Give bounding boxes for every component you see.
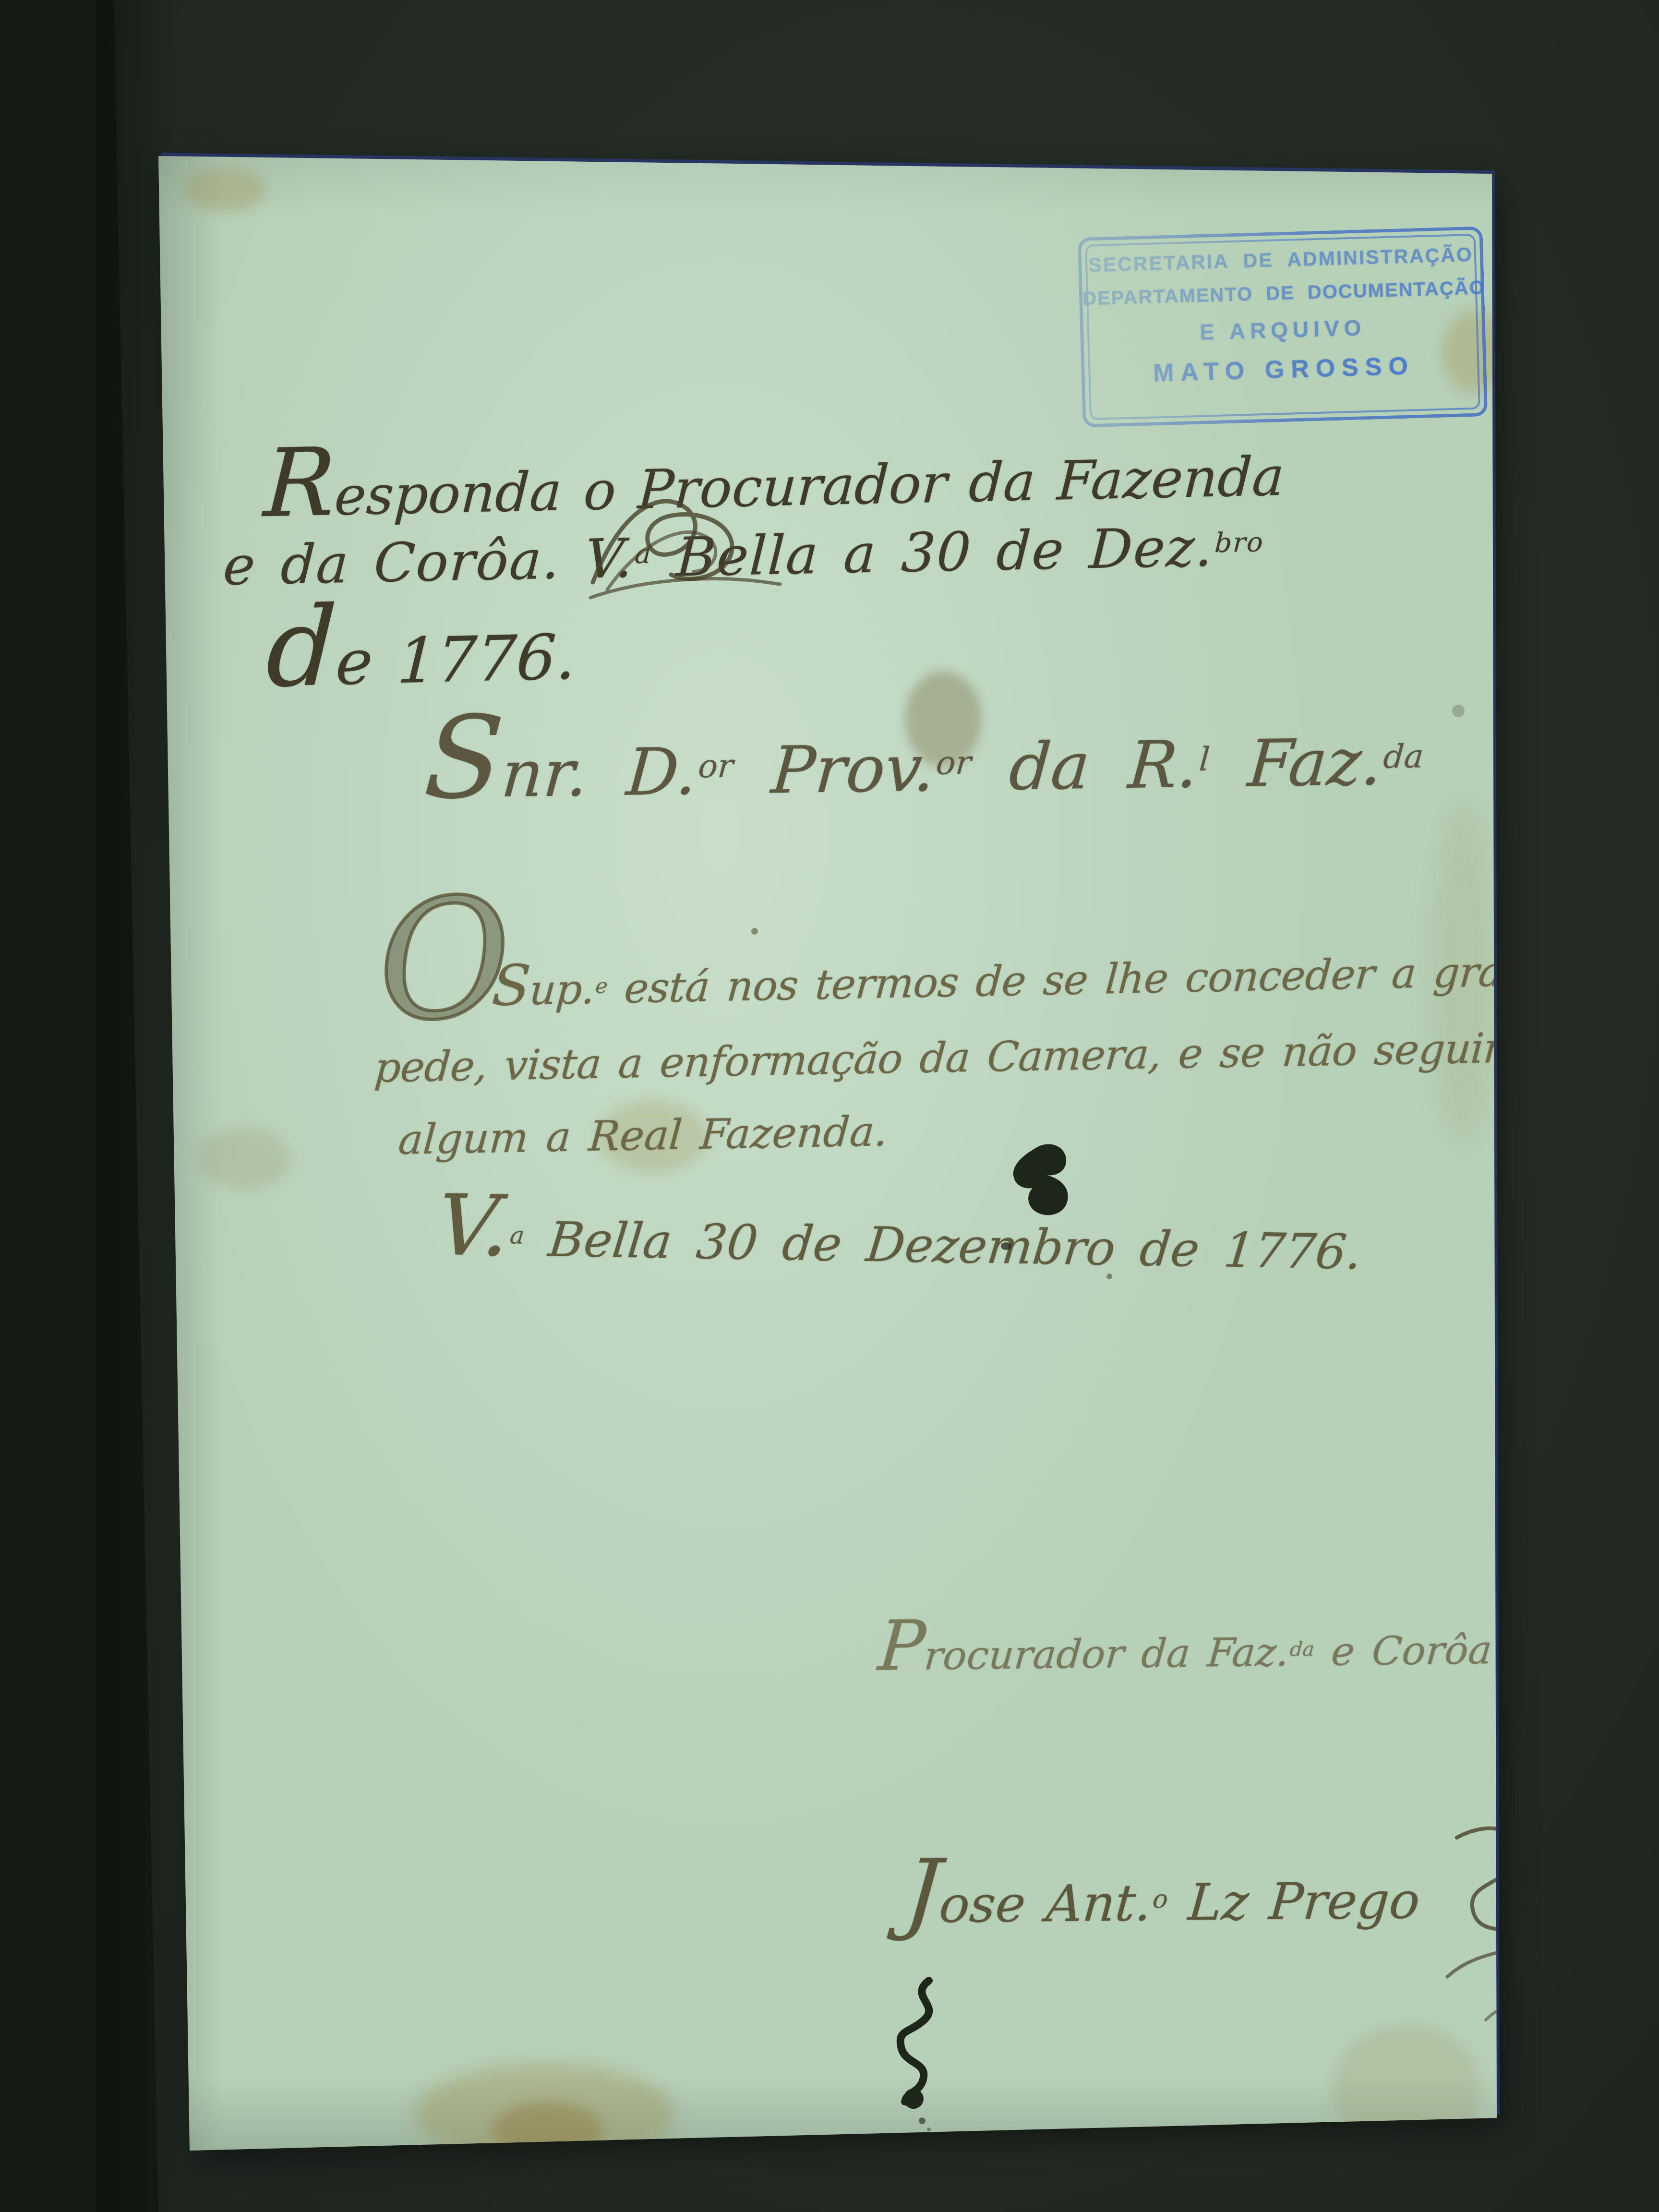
rubric-flourish — [574, 467, 785, 611]
stain — [199, 1127, 290, 1190]
archive-stamp: SECRETARIA DE ADMINISTRAÇÃO DEPARTAMENTO… — [1078, 226, 1488, 427]
salutation-line: Snr. D.or Prov.or da R.l Faz.da — [421, 705, 1427, 807]
stamp-line-2: DEPARTAMENTO DE DOCUMENTAÇÃO — [1082, 277, 1481, 310]
ink-squiggle — [857, 1977, 967, 2135]
document-page: Responda o Procurador da Fazenda e da Co… — [156, 153, 1500, 2157]
body-line-3: algum a Real Fazenda. — [397, 1111, 889, 1161]
stain — [1332, 2025, 1481, 2154]
stain — [185, 167, 266, 213]
dateline: V.a Bella 30 de Dezembro de 1776. — [433, 1197, 1366, 1276]
stamp-line-1: SECRETARIA DE ADMINISTRAÇÃO — [1082, 243, 1480, 276]
stain — [492, 2102, 602, 2159]
stamp-line-4: MATO GROSSO — [1084, 349, 1483, 389]
signature-flourish — [1428, 1818, 1587, 2025]
photo-backdrop: Responda o Procurador da Fazenda e da Co… — [0, 0, 1659, 2212]
ink-fleck — [1452, 705, 1465, 717]
stamp-line-3: E ARQUIVO — [1083, 311, 1482, 348]
role-line: Procurador da Faz.da e Corôa — [877, 1616, 1495, 1676]
despatch-line-3: de 1776. — [264, 602, 578, 696]
ink-fleck — [751, 928, 758, 935]
paper-sheet: Responda o Procurador da Fazenda e da Co… — [156, 153, 1500, 2157]
ink-blot — [989, 1137, 1085, 1276]
signature-line: Jose Ant.o Lz Prego — [902, 1857, 1423, 1930]
